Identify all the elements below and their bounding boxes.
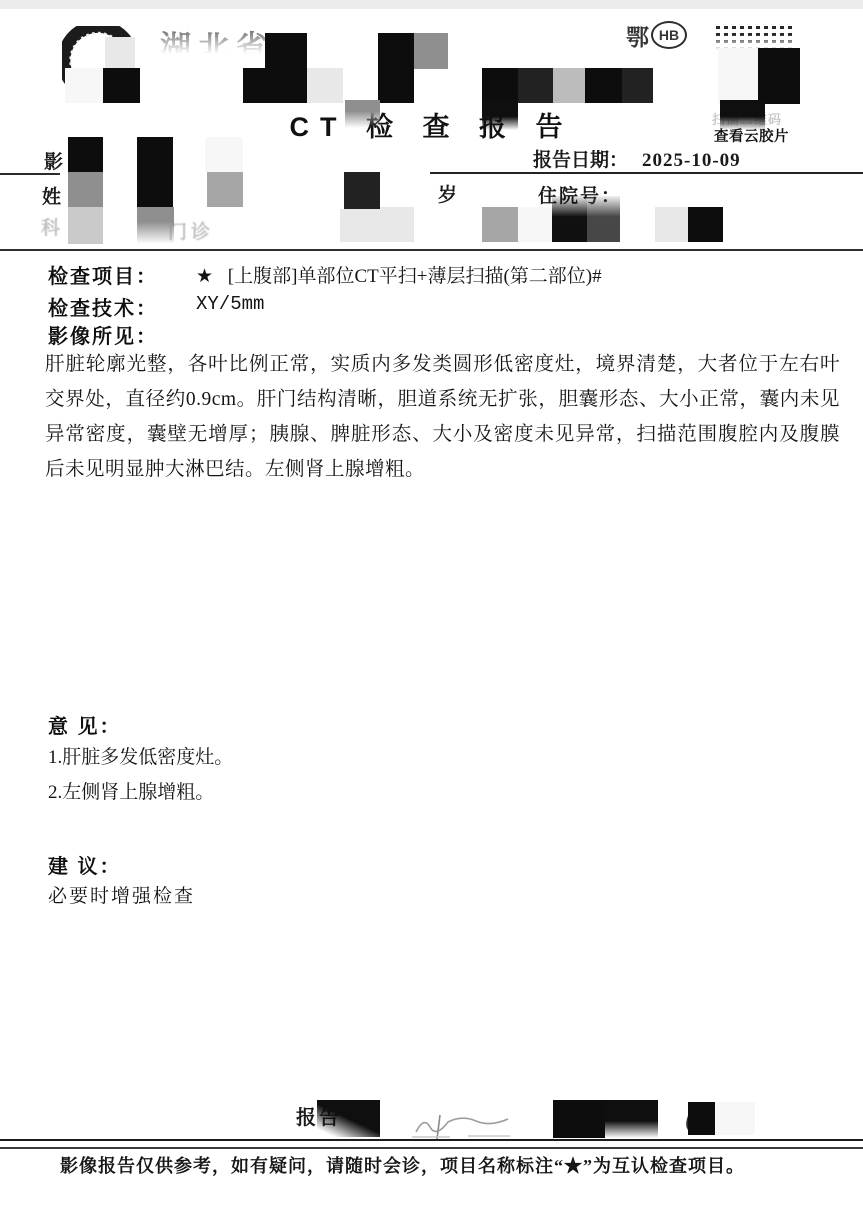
header-rule-right [430, 172, 863, 174]
signature-scribble-1 [410, 1112, 515, 1142]
exam-item-label: 检查项目： [48, 260, 158, 289]
redaction-block [307, 68, 343, 103]
redaction-block [655, 207, 688, 242]
redaction-block [482, 68, 518, 103]
redaction-block [518, 207, 552, 242]
redaction-block [553, 1100, 605, 1138]
redaction-block [718, 48, 758, 104]
redaction-block [553, 68, 585, 103]
redaction-block [68, 172, 103, 207]
redaction-block [758, 48, 800, 104]
region-mark-char: 鄂 [626, 19, 649, 52]
ct-report-page: 湖北省 鄂 HB 扫描二维码 查看云胶片 CT 检 查 报 告 报告日期：202… [0, 0, 863, 1215]
redaction-block [340, 209, 380, 242]
patient-visit-type-faint: 门诊 [168, 217, 214, 244]
signature-scribble-2 [678, 1105, 763, 1139]
mutual-recognition-star-icon: ★ [196, 266, 213, 287]
redaction-block [243, 68, 307, 103]
hospital-seal-icon [62, 26, 140, 104]
scan-edge-strip [0, 0, 863, 9]
exam-tech-label: 检查技术： [48, 292, 158, 321]
redaction-block [482, 207, 518, 242]
report-doctor-label-partial: 报告 [296, 1101, 342, 1130]
exam-tech-value: XY/5mm [196, 293, 264, 315]
report-date-label: 报告日期： [533, 150, 628, 171]
patient-label-name: 姓 [42, 182, 61, 209]
opinion-item-2: 2.左侧肾上腺增粗。 [48, 777, 214, 804]
redaction-block [68, 207, 103, 244]
redaction-block [137, 137, 173, 208]
redaction-block [344, 172, 380, 209]
report-title: CT 检 查 报 告 [0, 105, 863, 144]
redaction-layer [0, 0, 863, 1215]
admission-no-label: 住院号： [538, 181, 622, 208]
qr-code-icon [716, 26, 792, 50]
redaction-block [585, 68, 622, 103]
redaction-block [688, 207, 723, 242]
hospital-name-partial: 湖北省 [160, 22, 480, 62]
suggestion-text: 必要时增强检查 [48, 881, 195, 908]
patient-age-suffix: 岁 [438, 180, 457, 207]
region-mark: 鄂 HB [626, 20, 687, 50]
exam-item-text: [上腹部]单部位CT平扫+薄层扫描(第二部位)# [218, 266, 602, 287]
report-date-row: 报告日期：2025-10-09 [533, 145, 741, 172]
footer-rule [0, 1139, 863, 1149]
section-rule [0, 249, 863, 251]
redaction-block [380, 207, 414, 242]
redaction-block [518, 68, 553, 103]
findings-text: 肝脏轮廓光整，各叶比例正常，实质内多发类圆形低密度灶，境界清楚，大者位于左右叶交… [45, 347, 840, 487]
exam-item-value: ★ [上腹部]单部位CT平扫+薄层扫描(第二部位)# [196, 261, 602, 288]
patient-label-image-no: 影 [44, 147, 63, 174]
redaction-block [605, 1100, 658, 1138]
report-date-value: 2025-10-09 [628, 150, 741, 171]
patient-label-dept: 科 [41, 213, 60, 240]
redaction-block [622, 68, 653, 103]
region-mark-code: HB [651, 21, 687, 49]
footer-disclaimer: 影像报告仅供参考，如有疑问，请随时会诊，项目名称标注“★”为互认检查项目。 [60, 1152, 820, 1178]
opinion-label: 意 见： [48, 710, 122, 739]
opinion-item-1: 1.肝脏多发低密度灶。 [48, 742, 233, 769]
findings-label: 影像所见： [48, 320, 158, 349]
redaction-block [207, 172, 243, 207]
suggestion-label: 建 议： [48, 850, 122, 879]
